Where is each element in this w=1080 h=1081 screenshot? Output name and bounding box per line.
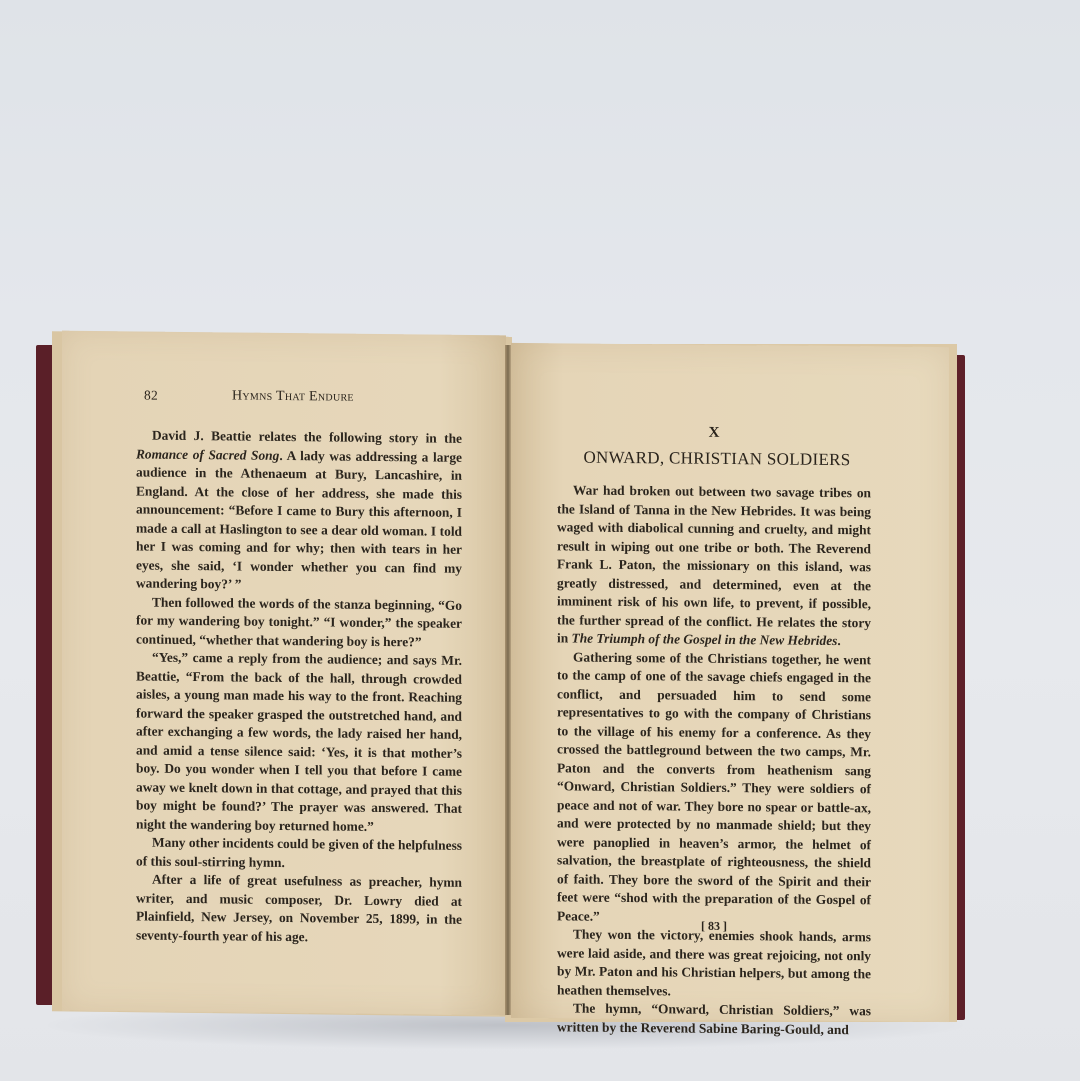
chapter-number: X (557, 423, 871, 443)
paragraph: After a life of great usefulness as prea… (136, 870, 462, 947)
paragraph: “Yes,” came a reply from the audience; a… (136, 648, 462, 836)
paragraph: The hymn, “Onward, Christian Soldiers,” … (557, 999, 871, 1039)
paragraph: They won the victory, enemies shook hand… (557, 925, 871, 1002)
chapter-title: ONWARD, CHRISTIAN SOLDIERS (557, 447, 877, 470)
book-gutter (505, 345, 511, 1015)
left-page: 82 Hymns That Endure David J. Beattie re… (62, 331, 506, 1016)
running-head-title: Hymns That Endure (232, 388, 354, 405)
paragraph: David J. Beattie relates the following s… (136, 426, 462, 596)
paragraph: Gathering some of the Christians togethe… (557, 648, 871, 929)
running-head: 82 Hymns That Endure (144, 388, 484, 392)
right-page-body: War had broken out between two savage tr… (557, 481, 871, 1039)
page-folio: [ 83 ] (557, 917, 871, 935)
left-page-body: David J. Beattie relates the following s… (136, 426, 462, 947)
paragraph: War had broken out between two savage tr… (557, 481, 871, 651)
right-page: X ONWARD, CHRISTIAN SOLDIERS War had bro… (511, 343, 949, 1022)
paragraph: Then followed the words of the stanza be… (136, 593, 462, 652)
page-number: 82 (144, 388, 158, 404)
paragraph: Many other incidents could be given of t… (136, 833, 462, 873)
